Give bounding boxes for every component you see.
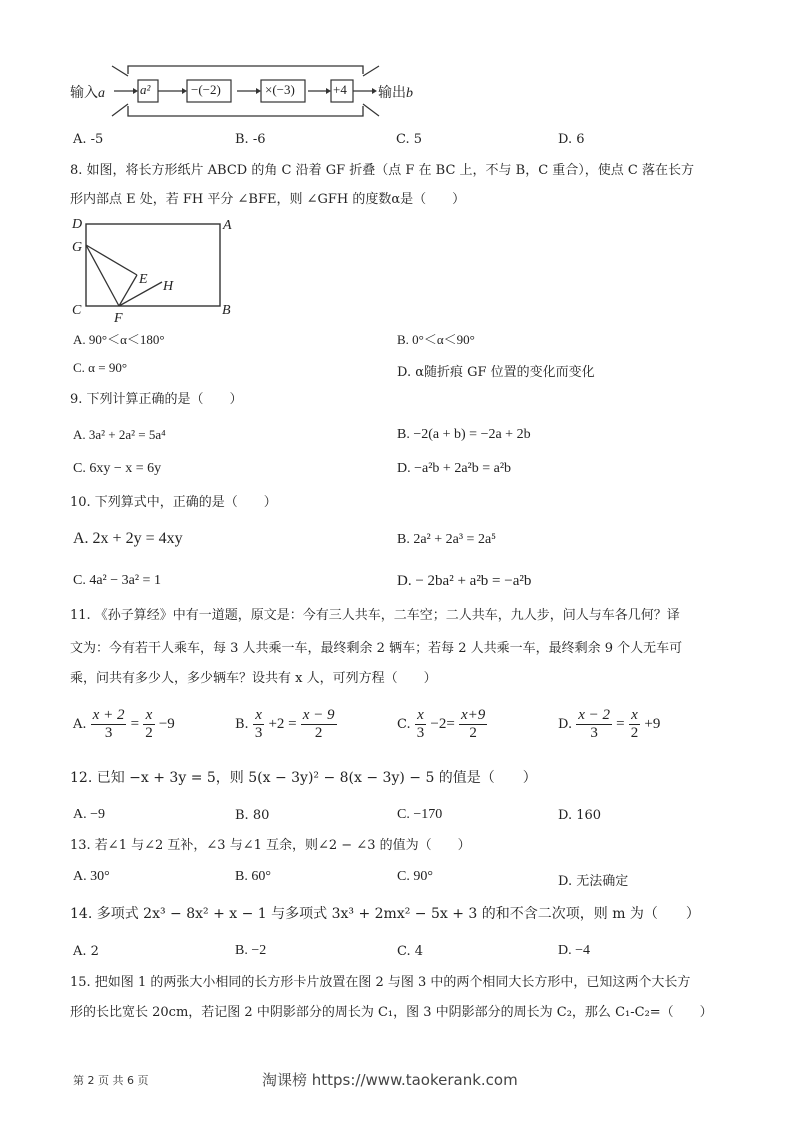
q10-option-c[interactable]: C. 4a² − 3a² = 1 [73,573,161,589]
flow-diagram: 输入a a² −(−2) ×(−3) +4 输出b [70,62,430,120]
q11-option-b[interactable]: B. x3 +2 = x − 92 [235,707,337,742]
q9-option-d[interactable]: D. −a²b + 2a²b = a²b [397,461,511,477]
q10-option-a[interactable]: A. 2x + 2y = 4xy [73,530,183,548]
q14-option-d[interactable]: D. −4 [558,943,590,959]
fraction-denominator: 2 [459,725,487,742]
q11-option-c[interactable]: C. x3 −2= x+92 [397,707,487,742]
q10-stem: 10. 下列算式中，正确的是（ ） [70,495,277,511]
fraction-numerator: x [253,707,265,725]
q14-option-a[interactable]: A. 2 [73,944,99,959]
fraction-numerator: x [143,707,155,725]
q13-option-d[interactable]: D. 无法确定 [558,870,628,889]
q10-option-d[interactable]: D. − 2ba² + a²b = −a²b [397,573,531,590]
operator: +9 [644,716,660,732]
q12-stem: 12. 已知 −x + 3y = 5，则 5(x − 3y)² − 8(x − … [70,770,537,786]
q8-rectangle-figure: D A G E H C F B [70,215,250,325]
label-f: F [113,311,123,325]
q7-option-c[interactable]: C. 5 [396,132,422,147]
q7-option-d[interactable]: D. 6 [558,132,585,147]
q13-stem: 13. 若∠1 与∠2 互补，∠3 与∠1 互余，则∠2 − ∠3 的值为（ ） [70,838,471,854]
q13-option-c[interactable]: C. 90° [397,869,433,885]
fraction-numerator: x + 2 [91,707,127,725]
flow-input-label: 输入 [70,86,98,101]
q15-stem-line2: 形的长比宽长 20cm，若记图 2 中阴影部分的周长为 C₁，图 3 中阴影部分… [70,1005,713,1021]
label-e: E [138,272,148,287]
q11-stem-line3: 乘，问共有多少人，多少辆车？设共有 x 人，可列方程（ ） [70,671,437,687]
option-label: B. [235,717,249,732]
q12-option-b[interactable]: B. 80 [235,808,269,823]
label-h: H [162,279,174,294]
option-label: A. [73,717,87,732]
flow-output-label: 输出 [378,86,406,101]
q14-option-c[interactable]: C. 4 [397,944,423,959]
q9-option-a[interactable]: A. 3a² + 2a² = 5a⁴ [73,427,166,443]
flow-step-4: +4 [333,82,347,98]
q8-option-d[interactable]: D. α随折痕 GF 位置的变化而变化 [397,361,595,380]
q8-option-b[interactable]: B. 0°＜α＜90° [397,329,475,348]
q13-option-b[interactable]: B. 60° [235,869,271,885]
flow-input-var: a [98,86,105,101]
fraction-numerator: x − 9 [301,707,337,725]
fraction-numerator: x [415,707,427,725]
fraction-denominator: 2 [301,725,337,742]
q12-option-d[interactable]: D. 160 [558,808,601,823]
q8-stem-line1: 8. 如图，将长方形纸片 ABCD 的角 C 沿着 GF 折叠（点 F 在 BC… [70,163,694,179]
operator: −9 [159,716,175,732]
page-number: 第 2 页 共 6 页 [73,1072,148,1088]
q9-stem: 9. 下列计算正确的是（ ） [70,392,243,408]
operator: +2 = [268,716,296,732]
flow-diagram-frame [70,62,430,120]
operator: = [616,716,624,732]
fraction-numerator: x − 2 [576,707,612,725]
flow-step-3: ×(−3) [265,82,295,98]
fraction-numerator: x [629,707,641,725]
operator: = [131,716,139,732]
operator: −2= [430,716,454,732]
q8-stem-line2: 形内部点 E 处，若 FH 平分 ∠BFE，则 ∠GFH 的度数α是（ ） [70,192,465,208]
q12-option-c[interactable]: C. −170 [397,807,442,823]
q8-option-c[interactable]: C. α = 90° [73,360,127,376]
label-b: B [222,303,231,318]
flow-output-var: b [406,86,413,101]
fraction-denominator: 3 [91,725,127,742]
label-g: G [72,240,82,255]
q7-option-a[interactable]: A. -5 [73,132,103,147]
fraction-numerator: x+9 [459,707,487,725]
option-label: D. [558,717,572,732]
q11-stem-line1: 11. 《孙子算经》中有一道题，原文是：今有三人共车，二车空；二人共车，九人步，… [70,608,680,624]
q13-option-a[interactable]: A. 30° [73,869,110,885]
q11-option-d[interactable]: D. x − 23 = x2 +9 [558,707,660,742]
q14-option-b[interactable]: B. −2 [235,943,266,959]
fraction-denominator: 3 [415,725,427,742]
q10-option-b[interactable]: B. 2a² + 2a³ = 2a⁵ [397,532,496,548]
fraction-denominator: 2 [629,725,641,742]
q11-stem-line2: 文为：今有若干人乘车，每 3 人共乘一车，最终剩余 2 辆车；若每 2 人共乘一… [70,641,682,657]
label-c: C [72,303,82,318]
fraction-denominator: 3 [576,725,612,742]
q12-option-a[interactable]: A. −9 [73,807,105,823]
flow-step-1: a² [140,82,150,98]
watermark-link[interactable]: 淘课榜 https://www.taokerank.com [262,1069,518,1090]
label-d: D [71,217,82,232]
flow-step-2: −(−2) [191,82,221,98]
label-a: A [222,218,232,233]
q15-stem-line1: 15. 把如图 1 的两张大小相同的长方形卡片放置在图 2 与图 3 中的两个相… [70,975,690,991]
fraction-denominator: 2 [143,725,155,742]
q8-option-a[interactable]: A. 90°＜α＜180° [73,329,165,348]
fraction-denominator: 3 [253,725,265,742]
q14-stem: 14. 多项式 2x³ − 8x² + x − 1 与多项式 3x³ + 2mx… [70,906,700,922]
q9-option-b[interactable]: B. −2(a + b) = −2a + 2b [397,427,531,443]
q7-option-b[interactable]: B. -6 [235,132,265,147]
q9-option-c[interactable]: C. 6xy − x = 6y [73,461,161,477]
option-label: C. [397,717,411,732]
q11-option-a[interactable]: A. x + 23 = x2 −9 [73,707,175,742]
